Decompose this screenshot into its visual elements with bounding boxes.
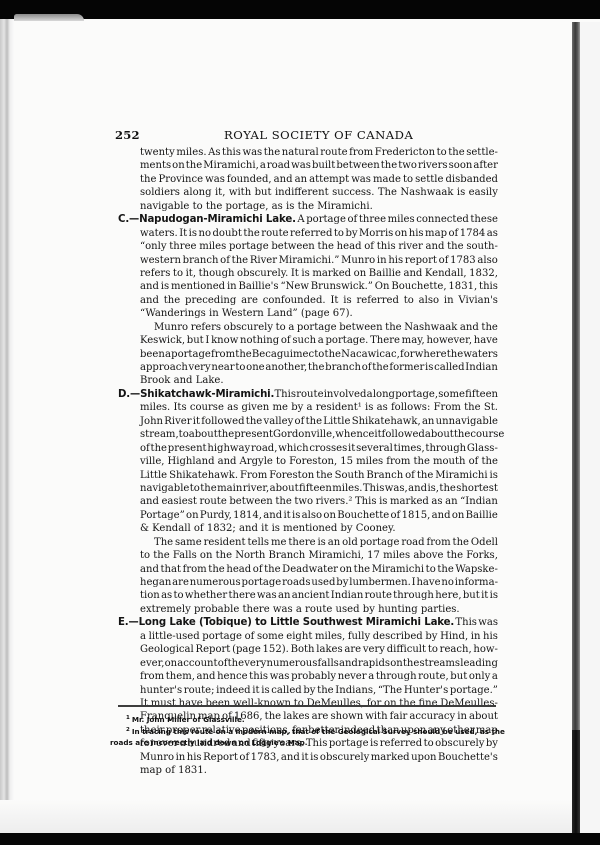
text-line: ville,HighlandandArgyletoForeston,15mile… [118,455,498,468]
section-heading-line: D.—Shikatchawk-Miramichi.Thisrouteinvolv… [118,388,498,401]
text-line: twentymiles.Asthiswasthenaturalroutefrom… [118,146,498,159]
section-heading-line: E.—Long Lake (Tobique) to Little Southwe… [118,616,498,629]
text-line: Portage”onPurdy,1814,anditisalsoonBouche… [118,509,498,522]
page-edge-bar-dark [572,730,580,834]
text-line: referstoit,thoughobscurely.ItismarkedonB… [118,267,498,280]
text-line: extremely probable there was a route use… [118,603,498,616]
text-line: navigabletothemainriver,aboutfifteenmile… [118,482,498,495]
text-line: heganarenumerousportageroadsusedbylumber… [118,576,498,589]
page-edge-bar [572,22,580,834]
text-line: andtheprecedingareconfounded.Itisreferre… [118,294,498,307]
footnote-text: In tracing this route on a modern map, t… [132,727,505,736]
text-line: ofthepresenthighwayroad,whichcrossesitse… [118,442,498,455]
page-number: 252 [115,128,140,142]
text-line: “Wanderings in Western Land” (page 67). [118,307,498,320]
text-line: GeologicalReport(page152).Bothlakesareve… [118,643,498,656]
page-header: 252 ROYAL SOCIETY OF CANADA [115,128,500,142]
text-line: JohnRiveritfollowedthevalleyoftheLittleS… [118,415,498,428]
footnotes: 1Mr. John Miller of Glassville. 2In trac… [110,713,500,748]
footnote-2-continuation: roads are incorrectly laid down on Loggi… [110,737,500,748]
text-line: soldiersalongit,withbutindifferentsucces… [118,186,498,199]
text-line: theProvincewasfounded,andanattemptwasmad… [118,173,498,186]
footnote-text: Mr. John Miller of Glassville. [132,715,245,724]
text-line: westernbranchoftheRiverMiramichi.”Munroi… [118,254,498,267]
text-line: Brook and Lake. [118,374,498,387]
section-label: E.—Long Lake (Tobique) to Little Southwe… [118,616,454,629]
text-line: navigable to the portage, as is the Mira… [118,200,498,213]
section-heading-line: C.—Napudogan-Miramichi Lake.Aportageofth… [118,213,498,226]
footnote-1: 1Mr. John Miller of Glassville. [110,713,500,725]
text-line: totheFallsontheNorthBranchMiramichi,17mi… [118,549,498,562]
text-line: Itmusthavebeenwell-knowntoDeMeulles,foro… [118,697,498,710]
text-line: MunroinhisReportof1783,anditisobscurelym… [118,751,498,764]
body-text: twentymiles.Asthiswasthenaturalroutefrom… [118,146,498,778]
text-line: Keswick,butIknownothingofsuchaportage.Th… [118,334,498,347]
text-line: alittle-usedportageofsomeeightmiles,full… [118,630,498,643]
page-corner-curl [14,14,84,21]
text-line: mentsontheMiramichi,aroadwasbuiltbetween… [118,159,498,172]
text-line: LittleShikatehawk.FromForestontheSouthBr… [118,469,498,482]
running-head: ROYAL SOCIETY OF CANADA [224,128,413,142]
footnote-marker: 2 [126,727,130,733]
text-line: & Kendall of 1832; and it is mentioned b… [118,522,498,535]
text-line: andeasiestroutebetweenthetworivers.²This… [118,495,498,508]
text-line: “onlythreemilesportagebetweentheheadofth… [118,240,498,253]
page-gutter-shadow [0,19,14,834]
text-line: hunter'sroute;indeeditiscalledbytheIndia… [118,684,498,697]
text-line: Thesameresidenttellsmethereisanoldportag… [118,536,498,549]
text-line: fromthem,andhencethiswasprobablyneverath… [118,670,498,683]
scan-top-border [0,0,600,20]
text-line: ever,onaccountoftheverynumerousfallsandr… [118,657,498,670]
page-bottom-shadow [0,800,572,834]
text-line: andthatfromtheheadoftheDeadwaterontheMir… [118,563,498,576]
text-line: beenaportagefromtheBecaguimectotheNacawi… [118,348,498,361]
footnote-marker: 1 [126,715,130,721]
text-line: approachveryneartooneanother,thebranchof… [118,361,498,374]
text-line: stream,toaboutthepresentGordonville,when… [118,428,498,441]
text-line: Munrorefersobscurelytoaportagebetweenthe… [118,321,498,334]
footnote-2: 2In tracing this route on a modern map, … [110,725,500,737]
text-line: miles.Itscourseasgivenmebyaresident¹isas… [118,401,498,414]
text-line: map of 1831. [118,764,498,777]
text-line: waters.ItisnodoubttheroutereferredtobyMo… [118,227,498,240]
scan-bottom-border [0,833,600,845]
footnote-rule [118,705,496,707]
text-line: tionastowhethertherewasanancientIndianro… [118,589,498,602]
section-label: C.—Napudogan-Miramichi Lake. [118,213,296,226]
section-label: D.—Shikatchawk-Miramichi. [118,388,274,401]
scan-right-margin [580,22,600,834]
text-line: andismentionedinBaillie's“NewBrunswick.”… [118,280,498,293]
